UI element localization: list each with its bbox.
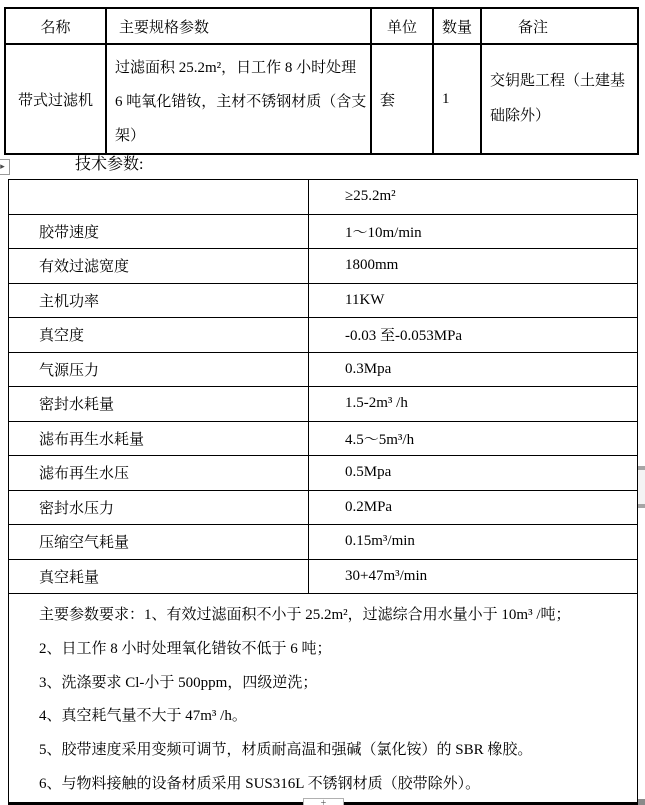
page-background: 名称 主要规格参数 单位 数量 备注 带式过滤机 过滤面积 25.2m²，日工作… [0, 0, 645, 805]
spec-line: 架） [115, 119, 364, 153]
param-row: 主机功率 11KW [9, 283, 638, 318]
equipment-table: 名称 主要规格参数 单位 数量 备注 带式过滤机 过滤面积 25.2m²，日工作… [4, 7, 639, 155]
header-unit: 单位 [371, 8, 433, 44]
remark-line: 础除外） [490, 99, 631, 134]
param-value: 11KW [309, 283, 638, 318]
param-value: 0.5Mpa [309, 456, 638, 491]
param-label: 密封水耗量 [9, 387, 309, 422]
param-label: 有效过滤宽度 [9, 249, 309, 284]
param-label: 真空耗量 [9, 559, 309, 594]
param-value: 0.3Mpa [309, 352, 638, 387]
header-name: 名称 [5, 8, 106, 44]
param-row: 密封水耗量 1.5-2m³ /h [9, 387, 638, 422]
param-value: 0.15m³/min [309, 525, 638, 560]
param-value: 1.5-2m³ /h [309, 387, 638, 422]
remark-line: 交钥匙工程（土建基 [490, 64, 631, 99]
param-row: 真空度 -0.03 至-0.053MPa [9, 318, 638, 353]
param-row: 滤布再生水耗量 4.5～5m³/h [9, 421, 638, 456]
cell-equipment-name: 带式过滤机 [5, 44, 106, 154]
cell-remark: 交钥匙工程（土建基 础除外） [481, 44, 638, 154]
param-row: 滤布再生水压 0.5Mpa [9, 456, 638, 491]
param-table: ≥25.2m² 胶带速度 1～10m/min 有效过滤宽度 1800mm 主机功… [8, 179, 638, 805]
scrollbar-thumb[interactable] [638, 466, 645, 508]
header-remark: 备注 [481, 8, 638, 44]
param-value: 1800mm [309, 249, 638, 284]
header-spec: 主要规格参数 [106, 8, 371, 44]
section-label: 技术参数: [75, 153, 143, 177]
param-label: 滤布再生水耗量 [9, 421, 309, 456]
spec-line: 过滤面积 25.2m²，日工作 8 小时处理 [115, 51, 364, 85]
param-row: 真空耗量 30+47m³/min [9, 559, 638, 594]
requirement-line: 5、胶带速度采用变频可调节，材质耐高温和强碱（氯化铵）的 SBR 橡胶。 [39, 734, 627, 768]
header-qty: 数量 [433, 8, 481, 44]
param-label: 气源压力 [9, 352, 309, 387]
param-row: 有效过滤宽度 1800mm [9, 249, 638, 284]
param-label: 密封水压力 [9, 490, 309, 525]
param-row: ≥25.2m² [9, 180, 638, 215]
param-row: 胶带速度 1～10m/min [9, 214, 638, 249]
param-label: 滤布再生水压 [9, 456, 309, 491]
requirement-line: 主要参数要求：1、有效过滤面积不小于 25.2m²，过滤综合用水量小于 10m³… [39, 599, 627, 633]
param-row: 密封水压力 0.2MPa [9, 490, 638, 525]
requirement-line: 3、洗涤要求 Cl-小于 500ppm，四级逆洗； [39, 667, 627, 701]
cell-spec: 过滤面积 25.2m²，日工作 8 小时处理 6 吨氧化错钕，主材不锈钢材质（含… [106, 44, 371, 154]
param-label [9, 180, 309, 215]
cell-qty: 1 [433, 44, 481, 154]
param-label: 主机功率 [9, 283, 309, 318]
spec-line: 6 吨氧化错钕，主材不锈钢材质（含支 [115, 85, 364, 119]
param-value: ≥25.2m² [309, 180, 638, 215]
param-value: 30+47m³/min [309, 559, 638, 594]
anchor-icon[interactable]: ▸ [0, 159, 10, 175]
param-value: 1～10m/min [309, 214, 638, 249]
requirement-line: 2、日工作 8 小时处理氧化错钕不低于 6 吨； [39, 633, 627, 667]
resize-handle[interactable] [638, 799, 645, 805]
param-value: -0.03 至-0.053MPa [309, 318, 638, 353]
param-value: 4.5～5m³/h [309, 421, 638, 456]
param-label: 压缩空气耗量 [9, 525, 309, 560]
requirements-row: 主要参数要求：1、有效过滤面积不小于 25.2m²，过滤综合用水量小于 10m³… [9, 594, 638, 804]
param-row: 气源压力 0.3Mpa [9, 352, 638, 387]
equipment-row: 带式过滤机 过滤面积 25.2m²，日工作 8 小时处理 6 吨氧化错钕，主材不… [5, 44, 638, 154]
requirement-line: 4、真空耗气量不大于 47m³ /h。 [39, 700, 627, 734]
param-value: 0.2MPa [309, 490, 638, 525]
scrollbar-cap-bottom [638, 504, 645, 508]
table-handle-icon[interactable]: + [303, 798, 344, 805]
param-label: 真空度 [9, 318, 309, 353]
scrollbar-cap-top [638, 466, 645, 470]
param-row: 压缩空气耗量 0.15m³/min [9, 525, 638, 560]
cell-unit: 套 [371, 44, 433, 154]
param-label: 胶带速度 [9, 214, 309, 249]
document-page: { "top_table": { "headers": ["名称", "主要规格… [0, 0, 645, 805]
requirements-cell: 主要参数要求：1、有效过滤面积不小于 25.2m²，过滤综合用水量小于 10m³… [9, 594, 638, 804]
requirement-line: 6、与物料接触的设备材质采用 SUS316L 不锈钢材质（胶带除外）。 [39, 768, 627, 802]
equipment-table-header-row: 名称 主要规格参数 单位 数量 备注 [5, 8, 638, 44]
